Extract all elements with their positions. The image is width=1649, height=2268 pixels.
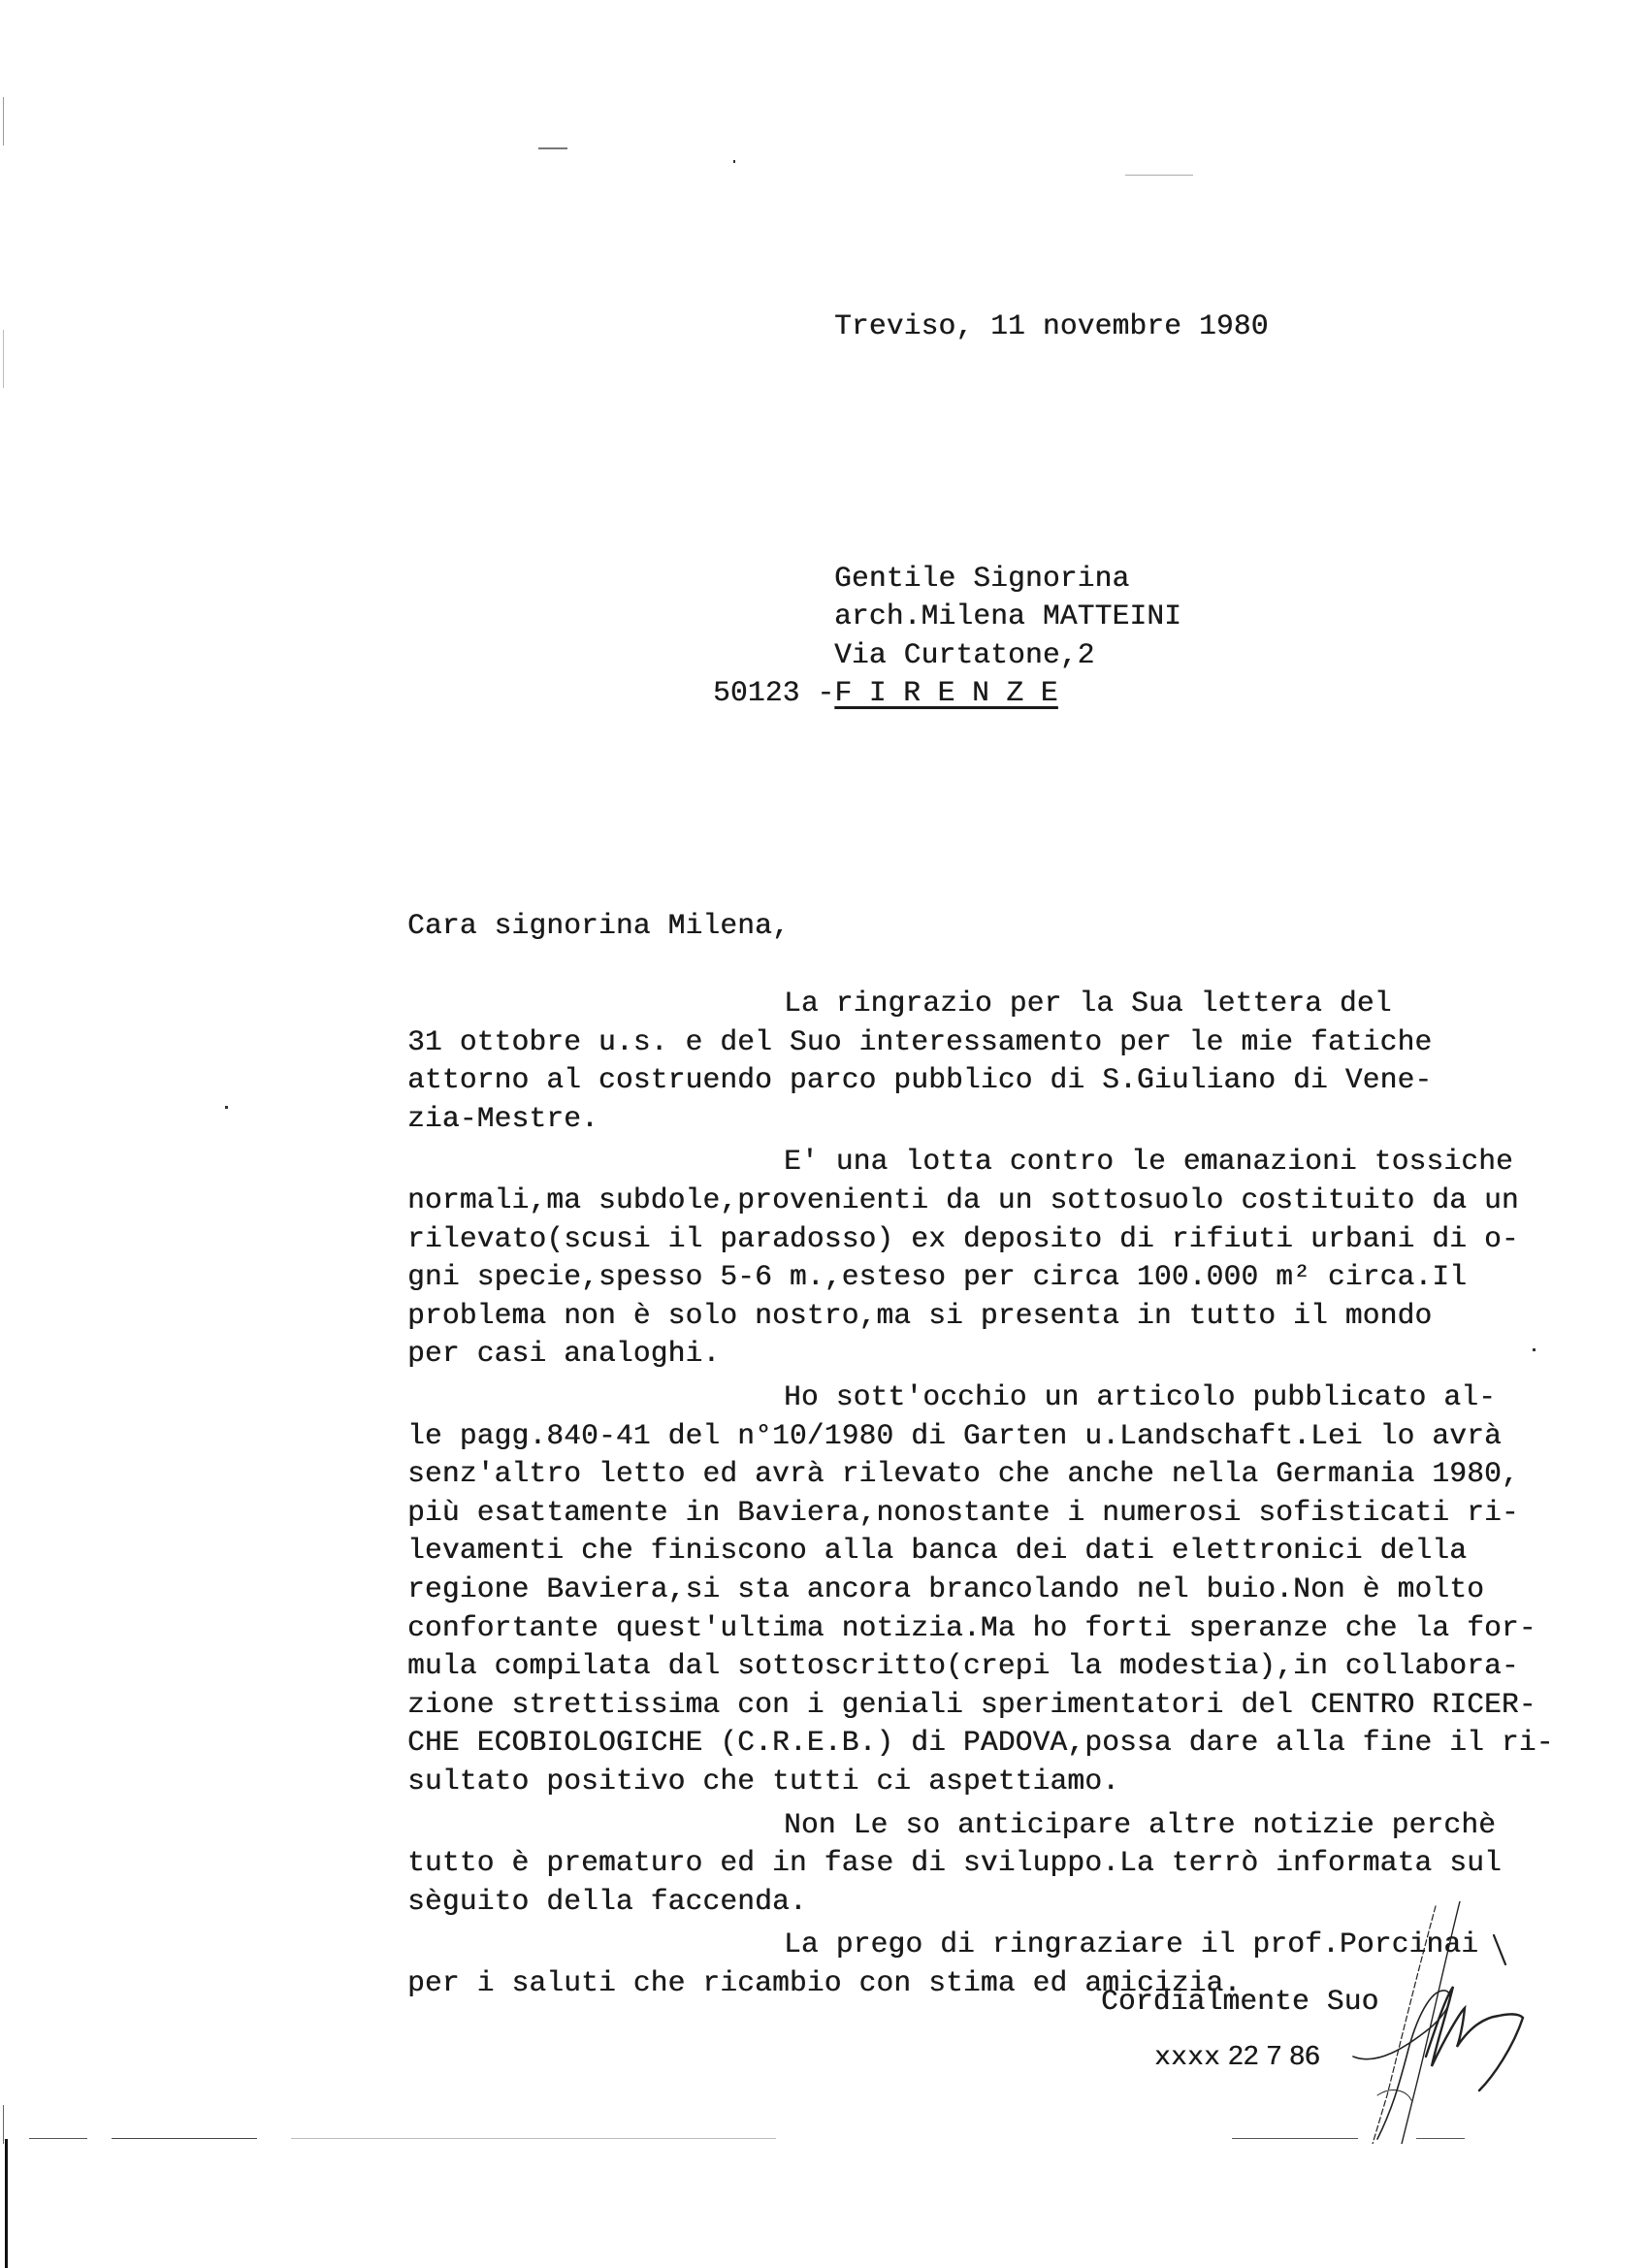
recipient-line-2: arch.Milena MATTEINI — [834, 602, 1181, 632]
scan-edge-mark-mid — [3, 330, 4, 388]
scan-edge-bar — [5, 2139, 8, 2268]
archive-stamp: xxxx 22 7 86 — [1154, 2042, 1320, 2072]
paragraph-line: senz'altro letto ed avrà rilevato che an… — [407, 1460, 1519, 1489]
paragraph-line: zione strettissima con i geniali sperime… — [407, 1691, 1536, 1720]
closing: Cordialmente Suo — [1101, 1988, 1378, 2017]
stamp-date: 22 7 86 — [1228, 2040, 1320, 2070]
paragraph-line: zia-Mestre. — [407, 1105, 598, 1134]
scan-speck — [733, 160, 735, 163]
recipient-city-line: 50123 -F I R E N Z E — [713, 679, 1057, 708]
paragraph-line: per casi analoghi. — [407, 1340, 720, 1369]
paragraph-line: levamenti che finiscono alla banca dei d… — [407, 1537, 1467, 1566]
paragraph-line: sultato positivo che tutti ci aspettiamo… — [407, 1767, 1119, 1797]
salutation: Cara signorina Milena, — [407, 912, 790, 941]
recipient-line-1: Gentile Signorina — [834, 565, 1129, 594]
paragraph-line: rilevato(scusi il paradosso) ex deposito… — [407, 1225, 1519, 1254]
paragraph-first-line: Ho sott'occhio un articolo pubblicato al… — [784, 1383, 1496, 1412]
scan-fold-line-e — [1416, 2138, 1465, 2139]
scan-edge-mark-bottom — [3, 2105, 4, 2144]
paragraph-line: più esattamente in Baviera,nonostante i … — [407, 1499, 1519, 1528]
signature-icon — [1339, 1901, 1591, 2144]
paragraph-line: attorno al costruendo parco pubblico di … — [407, 1066, 1432, 1095]
place-date: Treviso, 11 novembre 1980 — [834, 312, 1269, 341]
scan-edge-mark-top — [3, 97, 4, 146]
scan-fold-line-a — [29, 2138, 87, 2139]
scan-speck — [1533, 1348, 1536, 1351]
paragraph-first-line: E' una lotta contro le emanazioni tossic… — [784, 1148, 1513, 1177]
scan-speck — [538, 147, 567, 149]
paragraph-line: sèguito della faccenda. — [407, 1888, 807, 1917]
recipient-city: F I R E N Z E — [834, 676, 1057, 709]
scan-fold-line-d — [1232, 2138, 1358, 2139]
scan-fold-line-b — [112, 2138, 257, 2139]
paragraph-line: gni specie,spesso 5-6 m.,esteso per circ… — [407, 1263, 1467, 1292]
paragraph-first-line: Non Le so anticipare altre notizie perch… — [784, 1811, 1496, 1840]
paragraph-line: 31 ottobre u.s. e del Suo interessamento… — [407, 1028, 1432, 1057]
paragraph-line: confortante quest'ultima notizia.Ma ho f… — [407, 1614, 1536, 1643]
paragraph-line: CHE ECOBIOLOGICHE (C.R.E.B.) di PADOVA,p… — [407, 1729, 1554, 1758]
paragraph-line: normali,ma subdole,provenienti da un sot… — [407, 1186, 1519, 1215]
recipient-postcode: 50123 - — [713, 676, 834, 709]
letter-page: Treviso, 11 novembre 1980 Gentile Signor… — [0, 0, 1649, 2268]
scan-speck — [1125, 175, 1193, 176]
paragraph-line: le pagg.840-41 del n°10/1980 di Garten u… — [407, 1422, 1502, 1451]
paragraph-line: mula compilata dal sottoscritto(crepi la… — [407, 1652, 1519, 1681]
stamp-prefix: xxxx — [1154, 2043, 1220, 2073]
paragraph-line: regione Baviera,si sta ancora brancoland… — [407, 1575, 1484, 1604]
paragraph-line: problema non è solo nostro,ma si present… — [407, 1302, 1432, 1331]
paragraph-first-line: La ringrazio per la Sua lettera del — [784, 989, 1392, 1019]
scan-speck — [225, 1106, 228, 1109]
recipient-line-3: Via Curtatone,2 — [834, 641, 1095, 670]
paragraph-line: tutto è prematuro ed in fase di sviluppo… — [407, 1849, 1502, 1878]
scan-fold-line-c — [291, 2138, 776, 2139]
